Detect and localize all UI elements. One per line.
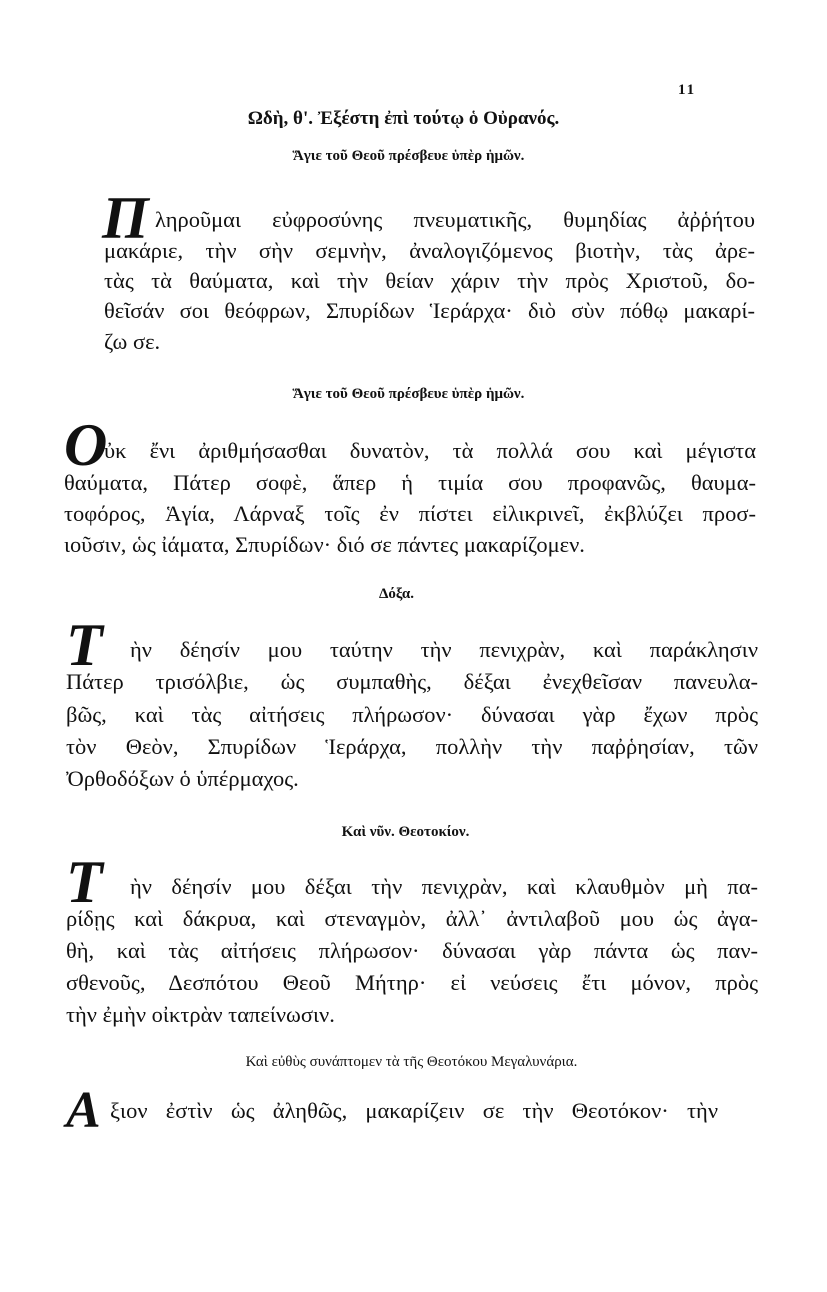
text-line: τὸν Θεὸν, Σπυρίδων Ἱεράρχα, πολλὴν τὴν π…	[66, 734, 758, 760]
text-line: Πάτερ τρισόλβιε, ὡς συμπαθὴς, δέξαι ἐνεχ…	[66, 669, 758, 695]
text-line: ὴν δέησίν μου ταύτην τὴν πενιχρὰν, καὶ π…	[130, 637, 758, 663]
text-line: ιοῦσιν, ὡς ἰάματα, Σπυρίδων· διό σε πάντ…	[64, 532, 585, 558]
text-line: τὰς τὰ θαύματα, καὶ τὴν θείαν χάριν τὴν …	[104, 268, 755, 294]
refrain-heading: Καὶ νῦν. Θεοτοκίον.	[0, 824, 819, 841]
drop-cap: Τ	[66, 615, 103, 675]
drop-cap: Τ	[66, 852, 103, 912]
text-line: θεῖσάν σοι θεόφρων, Σπυρίδων Ἱεράρχα· δι…	[104, 298, 755, 324]
text-line: τὴν ἐμὴν οἰκτρὰν ταπείνωσιν.	[66, 1002, 335, 1028]
drop-cap: Ο	[64, 415, 107, 475]
text-line: μακάριε, τὴν σὴν σεμνὴν, ἀναλογιζόμενος …	[104, 238, 755, 264]
text-line: ρίδῃς καὶ δάκρυα, καὶ στεναγμὸν, ἀλλ᾽ ἀν…	[66, 906, 758, 932]
text-line: σθενοῦς, Δεσπότου Θεοῦ Μήτηρ· εἰ νεύσεις…	[66, 970, 758, 996]
text-line: θὴ, καὶ τὰς αἰτήσεις πλήρωσον· δύνασαι γ…	[66, 938, 758, 964]
book-page: 11 Ωδὴ, θ'. Ἐξέστη ἐπὶ τούτῳ ὁ Οὐρανός. …	[0, 0, 827, 1292]
text-line: θαύματα, Πάτερ σοφὲ, ἅπερ ἡ τιμία σου πρ…	[64, 470, 756, 496]
page-number: 11	[678, 82, 696, 99]
text-line: Ὀρθοδόξων ὁ ὑπέρμαχος.	[66, 766, 299, 792]
text-line: ὐκ ἔνι ἀριθμήσασθαι δυνατὸν, τὰ πολλά σο…	[104, 438, 756, 464]
text-line: ληροῦμαι εὐφροσύνης πνευματικῆς, θυμηδία…	[155, 207, 755, 233]
refrain-heading: Ἅγιε τοῦ Θεοῦ πρέσβευε ὑπὲρ ἡμῶν.	[0, 148, 822, 165]
refrain-heading: Δόξα.	[0, 586, 810, 603]
ode-heading: Ωδὴ, θ'. Ἐξέστη ἐπὶ τούτῳ ὁ Οὐρανός.	[0, 108, 817, 130]
text-line: ξιον ἐστὶν ὡς ἀληθῶς, μακαρίζειν σε τὴν …	[110, 1098, 718, 1124]
text-line: ὴν δέησίν μου δέξαι τὴν πενιχρὰν, καὶ κλ…	[130, 874, 758, 900]
megalynaria-heading: Καὶ εὐθὺς συνάπτομεν τὰ τῆς Θεοτόκου Μεγ…	[0, 1054, 825, 1071]
text-line: ζω σε.	[104, 329, 160, 355]
refrain-heading: Ἅγιε τοῦ Θεοῦ πρέσβευε ὑπὲρ ἡμῶν.	[0, 386, 822, 403]
drop-cap: Α	[66, 1085, 101, 1137]
text-line: τοφόρος, Ἁγία, Λάρναξ τοῖς ἐν πίστει εἰλ…	[64, 501, 756, 527]
text-line: βῶς, καὶ τὰς αἰτήσεις πλήρωσον· δύνασαι …	[66, 702, 758, 728]
